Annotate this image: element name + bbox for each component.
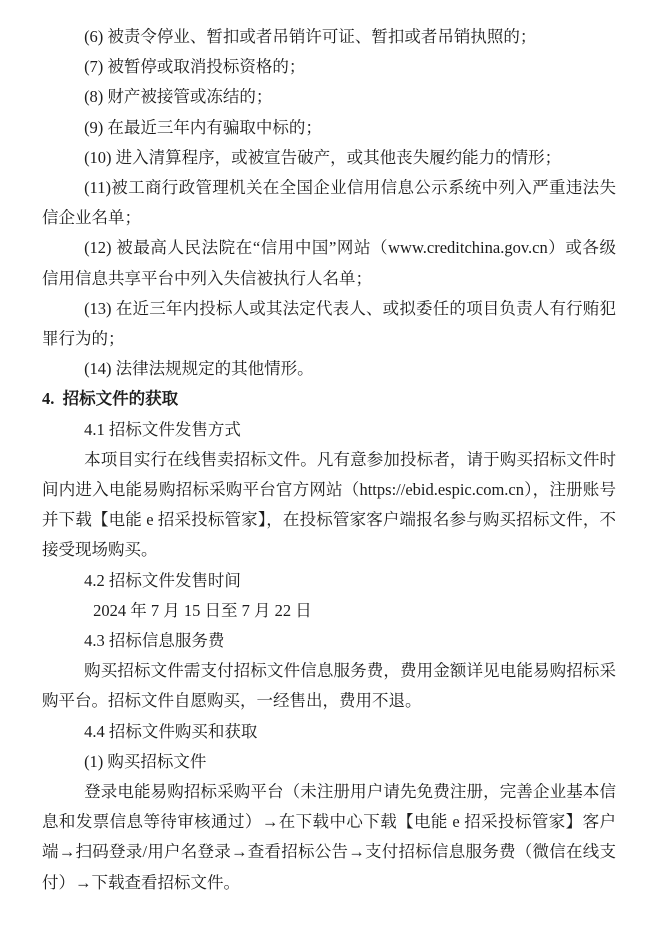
paragraph: 4.2 招标文件发售时间 [42, 566, 616, 596]
section-heading: 4. 招标文件的获取 [42, 384, 616, 414]
paragraph: (10) 进入清算程序，或被宣告破产，或其他丧失履约能力的情形； [42, 143, 616, 173]
paragraph: 4.4 招标文件购买和获取 [42, 717, 616, 747]
paragraph: (11)被工商行政管理机关在全国企业信用信息公示系统中列入严重违法失信企业名单； [42, 173, 616, 233]
paragraph: 4.3 招标信息服务费 [42, 626, 616, 656]
paragraph: (6) 被责令停业、暂扣或者吊销许可证、暂扣或者吊销执照的； [42, 22, 616, 52]
paragraph: (14) 法律法规规定的其他情形。 [42, 354, 616, 384]
paragraph: 购买招标文件需支付招标文件信息服务费，费用金额详见电能易购招标采购平台。招标文件… [42, 656, 616, 716]
document-content: (6) 被责令停业、暂扣或者吊销许可证、暂扣或者吊销执照的；(7) 被暂停或取消… [0, 0, 658, 898]
paragraph: 登录电能易购招标采购平台（未注册用户请先免费注册，完善企业基本信息和发票信息等待… [42, 777, 616, 898]
paragraph: (12) 被最高人民法院在“信用中国”网站（www.creditchina.go… [42, 233, 616, 293]
paragraph: (1) 购买招标文件 [42, 747, 616, 777]
paragraph: 2024 年 7 月 15 日至 7 月 22 日 [42, 596, 616, 626]
paragraph: (9) 在最近三年内有骗取中标的； [42, 113, 616, 143]
document-page: (6) 被责令停业、暂扣或者吊销许可证、暂扣或者吊销执照的；(7) 被暂停或取消… [0, 0, 658, 937]
paragraph: 本项目实行在线售卖招标文件。凡有意参加投标者，请于购买招标文件时间内进入电能易购… [42, 445, 616, 566]
paragraph: (7) 被暂停或取消投标资格的； [42, 52, 616, 82]
paragraph: 4.1 招标文件发售方式 [42, 415, 616, 445]
paragraph: (13) 在近三年内投标人或其法定代表人、或拟委任的项目负责人有行贿犯罪行为的； [42, 294, 616, 354]
paragraph: (8) 财产被接管或冻结的； [42, 82, 616, 112]
